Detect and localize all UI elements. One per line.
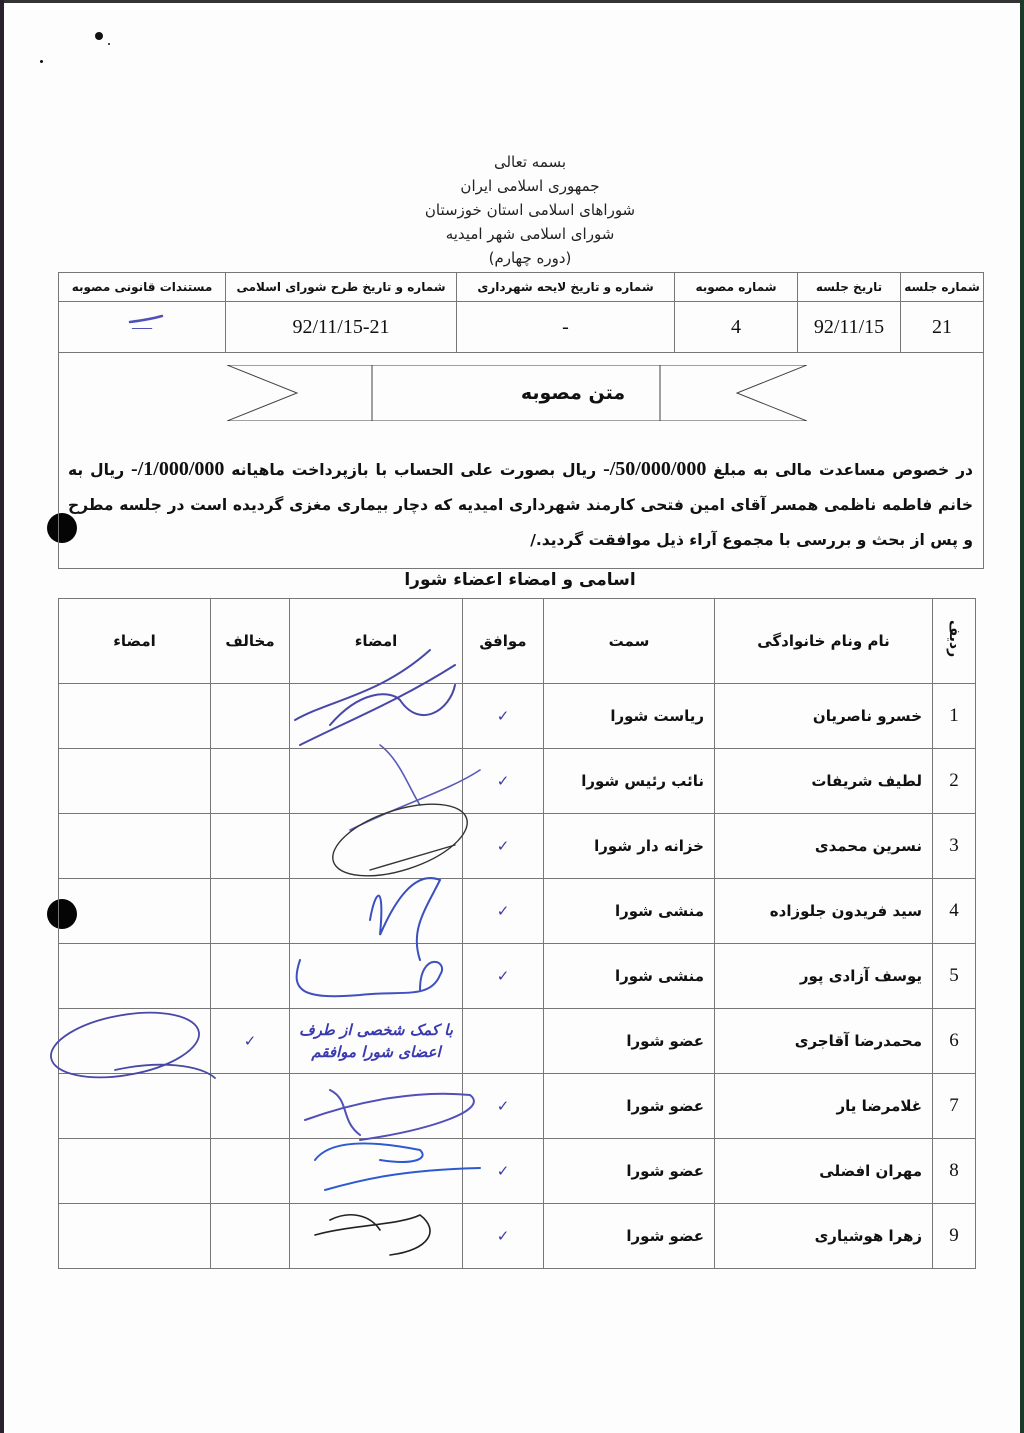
header-municipality-bill: شماره و تاریخ لایحه شهرداری bbox=[457, 273, 675, 302]
header-name: نام ونام خانوادگی bbox=[715, 599, 933, 684]
row-number: 7 bbox=[933, 1074, 976, 1139]
row-number: 4 bbox=[933, 879, 976, 944]
table-row: 2 لطیف شریفات نائب رئیس شورا ✓ bbox=[59, 749, 976, 814]
member-role: عضو شورا bbox=[544, 1009, 715, 1074]
amount-monthly: 1/000/000/- bbox=[131, 458, 224, 480]
member-name: محمدرضا آقاجری bbox=[715, 1009, 933, 1074]
member-name: غلامرضا یار bbox=[715, 1074, 933, 1139]
letterhead-country: جمهوری اسلامی ایران bbox=[380, 174, 680, 198]
oppose-check-icon bbox=[211, 749, 290, 814]
letterhead-province-councils: شوراهای اسلامی استان خوزستان bbox=[380, 198, 680, 222]
scan-speck bbox=[108, 43, 110, 45]
agree-signature bbox=[290, 1074, 463, 1139]
oppose-signature bbox=[59, 879, 211, 944]
legal-documents: — bbox=[59, 302, 226, 353]
table-row: 9 زهرا هوشیاری عضو شورا ✓ bbox=[59, 1204, 976, 1269]
council-plan: 92/11/15-21 bbox=[226, 302, 457, 353]
agree-check-icon: ✓ bbox=[463, 1204, 544, 1269]
scan-speck bbox=[40, 60, 43, 63]
oppose-check-icon bbox=[211, 944, 290, 1009]
header-agree: موافق bbox=[463, 599, 544, 684]
member-role: عضو شورا bbox=[544, 1074, 715, 1139]
header-oppose: مخالف bbox=[211, 599, 290, 684]
scan-edge-left bbox=[0, 0, 4, 1433]
oppose-check-icon bbox=[211, 879, 290, 944]
resolution-text-2: ریال بصورت علی الحساب با بازپرداخت ماهیا… bbox=[224, 461, 603, 479]
table-row: 6 محمدرضا آقاجری عضو شورا با کمک شخصی از… bbox=[59, 1009, 976, 1074]
member-role: نائب رئیس شورا bbox=[544, 749, 715, 814]
table-row: 3 نسرین محمدی خزانه دار شورا ✓ bbox=[59, 814, 976, 879]
oppose-signature bbox=[59, 944, 211, 1009]
oppose-signature bbox=[59, 1009, 211, 1074]
oppose-signature bbox=[59, 1204, 211, 1269]
agree-signature bbox=[290, 814, 463, 879]
row-number: 8 bbox=[933, 1139, 976, 1204]
row-number: 5 bbox=[933, 944, 976, 1009]
member-name: زهرا هوشیاری bbox=[715, 1204, 933, 1269]
header-oppose-signature: امضاء bbox=[59, 599, 211, 684]
header-council-plan: شماره و تاریخ طرح شورای اسلامی bbox=[226, 273, 457, 302]
handwritten-note: با کمک شخصی از طرف اعضای شورا موافقم bbox=[290, 1009, 463, 1074]
agree-signature bbox=[290, 944, 463, 1009]
header-role: سمت bbox=[544, 599, 715, 684]
header-session-number: شماره جلسه bbox=[901, 273, 984, 302]
scan-edge-top bbox=[0, 0, 1024, 3]
letterhead-invocation: بسمه تعالی bbox=[380, 150, 680, 174]
member-name: مهران افضلی bbox=[715, 1139, 933, 1204]
table-row: 4 سید فریدون جلوزاده منشی شورا ✓ bbox=[59, 879, 976, 944]
member-name: خسرو ناصریان bbox=[715, 684, 933, 749]
oppose-check-icon bbox=[211, 814, 290, 879]
member-name: یوسف آزادی پور bbox=[715, 944, 933, 1009]
agree-check-icon: ✓ bbox=[463, 749, 544, 814]
table-row: 8 مهران افضلی عضو شورا ✓ bbox=[59, 1139, 976, 1204]
header-resolution-number: شماره مصوبه bbox=[675, 273, 798, 302]
table-row: 1 خسرو ناصریان ریاست شورا ✓ bbox=[59, 684, 976, 749]
member-role: خزانه دار شورا bbox=[544, 814, 715, 879]
header-agree-signature: امضاء bbox=[290, 599, 463, 684]
resolution-text-box: متن مصوبه در خصوص مساعدت مالی به مبلغ 50… bbox=[58, 350, 984, 569]
header-row-number: ردیف bbox=[933, 599, 976, 684]
member-role: عضو شورا bbox=[544, 1204, 715, 1269]
oppose-check-icon bbox=[211, 1074, 290, 1139]
member-role: ریاست شورا bbox=[544, 684, 715, 749]
letterhead: بسمه تعالی جمهوری اسلامی ایران شوراهای ا… bbox=[380, 150, 680, 270]
header-legal-documents: مستندات قانونی مصوبه bbox=[59, 273, 226, 302]
member-role: عضو شورا bbox=[544, 1139, 715, 1204]
agree-signature bbox=[290, 684, 463, 749]
agree-signature bbox=[290, 1204, 463, 1269]
oppose-check-icon bbox=[211, 1139, 290, 1204]
agree-signature bbox=[290, 879, 463, 944]
agree-check-icon: ✓ bbox=[463, 879, 544, 944]
table-row: 7 غلامرضا یار عضو شورا ✓ bbox=[59, 1074, 976, 1139]
scan-speck bbox=[95, 32, 103, 40]
oppose-check-icon bbox=[211, 1204, 290, 1269]
header-session-date: تاریخ جلسه bbox=[798, 273, 901, 302]
row-number: 3 bbox=[933, 814, 976, 879]
amount-principal: 50/000/000/- bbox=[603, 458, 706, 480]
municipality-bill: - bbox=[457, 302, 675, 353]
agree-check-icon: ✓ bbox=[463, 1074, 544, 1139]
member-name: لطیف شریفات bbox=[715, 749, 933, 814]
row-number: 1 bbox=[933, 684, 976, 749]
oppose-signature bbox=[59, 749, 211, 814]
row-number: 6 bbox=[933, 1009, 976, 1074]
members-table: ردیف نام ونام خانوادگی سمت موافق امضاء م… bbox=[58, 598, 976, 1269]
table-row: 5 یوسف آزادی پور منشی شورا ✓ bbox=[59, 944, 976, 1009]
member-role: منشی شورا bbox=[544, 879, 715, 944]
row-number: 9 bbox=[933, 1204, 976, 1269]
agree-signature bbox=[290, 749, 463, 814]
agree-check-icon: ✓ bbox=[463, 944, 544, 1009]
agree-check-icon: ✓ bbox=[463, 684, 544, 749]
resolution-text-1: در خصوص مساعدت مالی به مبلغ bbox=[706, 461, 973, 479]
resolution-body: در خصوص مساعدت مالی به مبلغ 50/000/000/-… bbox=[68, 452, 973, 558]
row-number: 2 bbox=[933, 749, 976, 814]
oppose-signature bbox=[59, 684, 211, 749]
resolution-meta-table: شماره جلسه تاریخ جلسه شماره مصوبه شماره … bbox=[58, 272, 984, 353]
oppose-check-icon: ✓ bbox=[211, 1009, 290, 1074]
letterhead-term: (دوره چهارم) bbox=[380, 246, 680, 270]
oppose-signature bbox=[59, 814, 211, 879]
session-date: 92/11/15 bbox=[798, 302, 901, 353]
ribbon-banner-icon bbox=[227, 365, 807, 421]
resolution-number: 4 bbox=[675, 302, 798, 353]
agree-check-icon: ✓ bbox=[463, 814, 544, 879]
agree-check-icon bbox=[463, 1009, 544, 1074]
member-name: نسرین محمدی bbox=[715, 814, 933, 879]
oppose-check-icon bbox=[211, 684, 290, 749]
member-role: منشی شورا bbox=[544, 944, 715, 1009]
letterhead-city-council: شورای اسلامی شهر امیدیه bbox=[380, 222, 680, 246]
scan-edge-right bbox=[1020, 0, 1024, 1433]
oppose-signature bbox=[59, 1074, 211, 1139]
session-number: 21 bbox=[901, 302, 984, 353]
oppose-signature bbox=[59, 1139, 211, 1204]
members-title: اسامی و امضاء اعضاء شورا bbox=[320, 570, 720, 590]
agree-signature bbox=[290, 1139, 463, 1204]
agree-check-icon: ✓ bbox=[463, 1139, 544, 1204]
member-name: سید فریدون جلوزاده bbox=[715, 879, 933, 944]
